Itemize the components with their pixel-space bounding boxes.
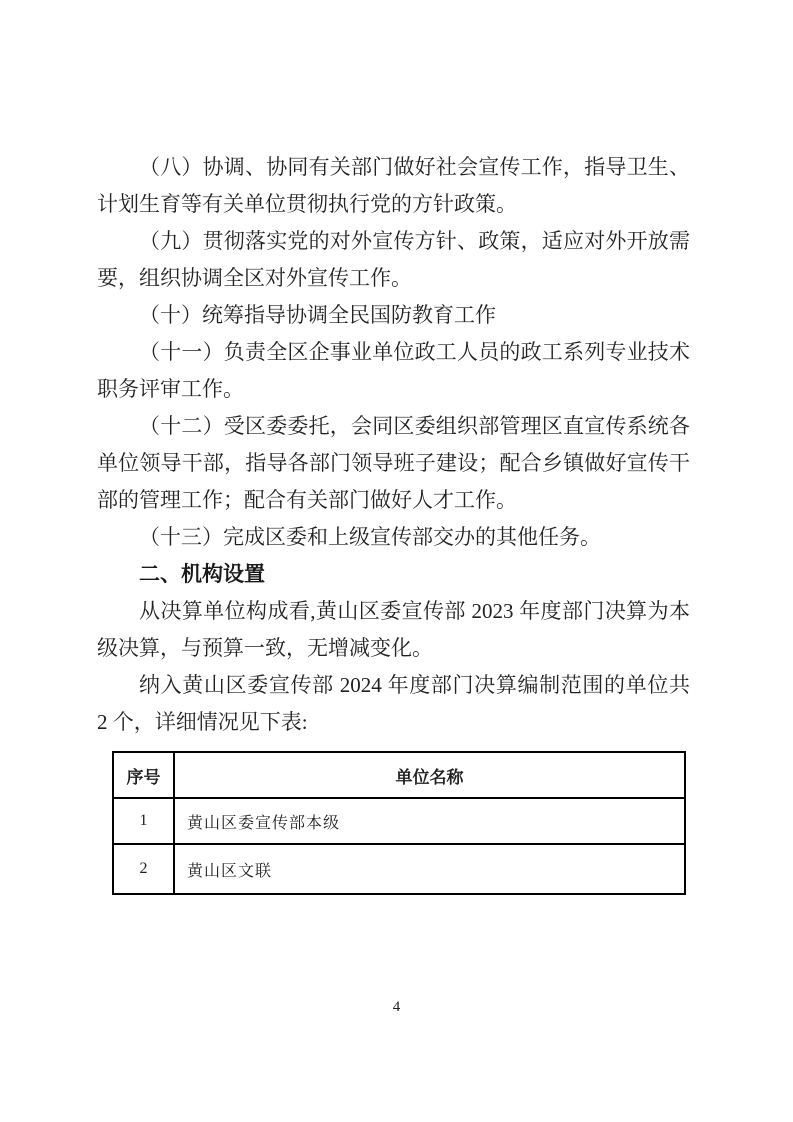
units-table-row-2: 2 黄山区文联 bbox=[113, 844, 685, 894]
document-page: （八）协调、协同有关部门做好社会宣传工作，指导卫生、计划生育等有关单位贯彻执行党… bbox=[0, 0, 793, 1122]
paragraph-org-scope: 纳入黄山区委宣传部 2024 年度部门决算编制范围的单位共 2 个，详细情况见下… bbox=[97, 667, 690, 741]
units-table-header-row: 序号 单位名称 bbox=[113, 752, 685, 798]
header-unit-name: 单位名称 bbox=[174, 752, 685, 798]
cell-serial-number-2: 2 bbox=[113, 844, 174, 894]
header-serial-number: 序号 bbox=[113, 752, 174, 798]
paragraph-duty-10: （十）统筹指导协调全民国防教育工作 bbox=[97, 297, 690, 334]
paragraph-org-composition: 从决算单位构成看,黄山区委宣传部 2023 年度部门决算为本级决算，与预算一致，… bbox=[97, 593, 690, 667]
cell-unit-name-1: 黄山区委宣传部本级 bbox=[174, 798, 685, 844]
paragraph-duty-13: （十三）完成区委和上级宣传部交办的其他任务。 bbox=[97, 519, 690, 556]
paragraph-duty-12: （十二）受区委委托，会同区委组织部管理区直宣传系统各单位领导干部，指导各部门领导… bbox=[97, 408, 690, 519]
paragraph-duty-11: （十一）负责全区企事业单位政工人员的政工系列专业技术职务评审工作。 bbox=[97, 334, 690, 408]
paragraph-duty-9: （九）贯彻落实党的对外宣传方针、政策，适应对外开放需要，组织协调全区对外宣传工作… bbox=[97, 223, 690, 297]
document-content: （八）协调、协同有关部门做好社会宣传工作，指导卫生、计划生育等有关单位贯彻执行党… bbox=[97, 149, 690, 895]
page-number: 4 bbox=[0, 999, 793, 1016]
units-table: 序号 单位名称 1 黄山区委宣传部本级 2 黄山区文联 bbox=[112, 751, 686, 895]
paragraph-duty-8: （八）协调、协同有关部门做好社会宣传工作，指导卫生、计划生育等有关单位贯彻执行党… bbox=[97, 149, 690, 223]
cell-unit-name-2: 黄山区文联 bbox=[174, 844, 685, 894]
section-heading-org-setup: 二、机构设置 bbox=[97, 556, 690, 593]
cell-serial-number-1: 1 bbox=[113, 798, 174, 844]
units-table-row-1: 1 黄山区委宣传部本级 bbox=[113, 798, 685, 844]
